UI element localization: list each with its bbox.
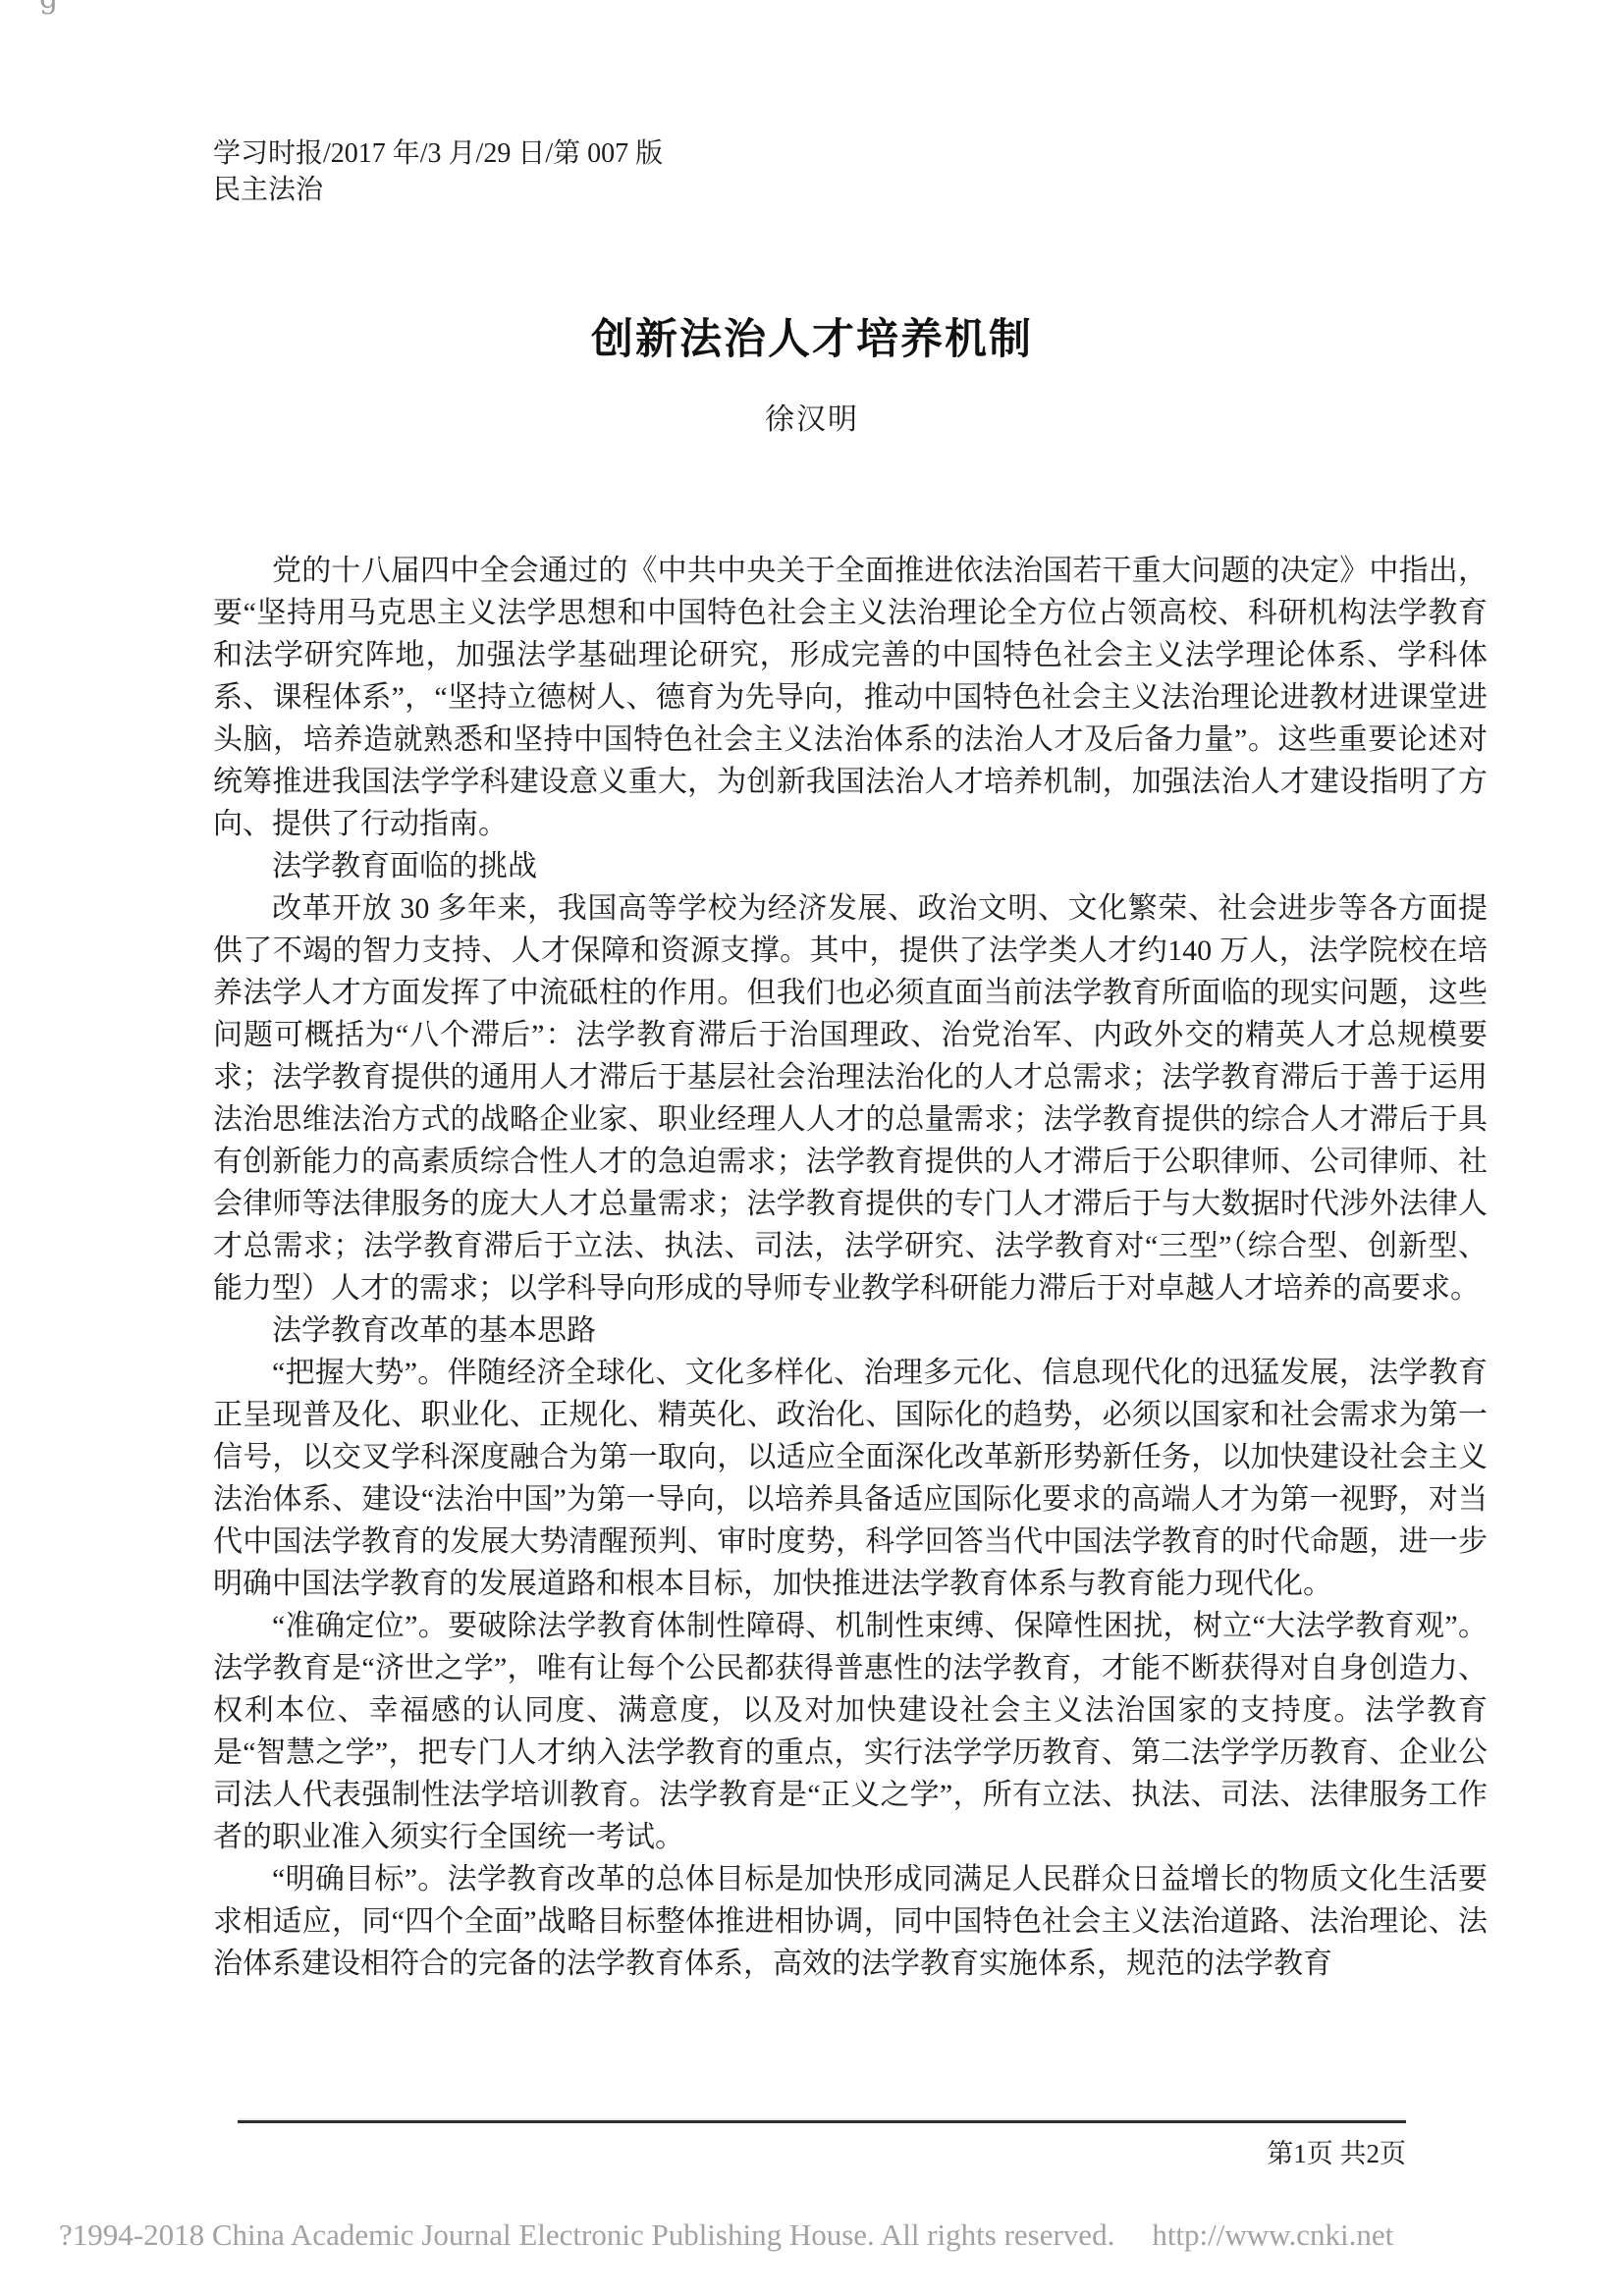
section-line: 民主法治 (213, 172, 663, 208)
page-indicator: 第1页 共2页 (238, 2132, 1406, 2170)
copyright-notice: ?1994-2018 China Academic Journal Electr… (59, 2217, 1393, 2253)
section-heading: 法学教育面临的挑战 (213, 845, 1488, 887)
cnki-url: http://www.cnki.net (1152, 2217, 1393, 2252)
section-heading: 法学教育改革的基本思路 (213, 1309, 1488, 1352)
footer-divider (238, 2120, 1406, 2123)
copyright-text: ?1994-2018 China Academic Journal Electr… (59, 2217, 1114, 2252)
article-author: 徐汉明 (0, 395, 1624, 438)
scan-artifact: g (39, 0, 58, 16)
document-page: g 学习时报/2017 年/3 月/29 日/第 007 版 民主法治 创新法治… (0, 0, 1624, 2296)
paragraph: 改革开放 30 多年来，我国高等学校为经济发展、政治文明、文化繁荣、社会进步等各… (213, 887, 1488, 1309)
document-header: 学习时报/2017 年/3 月/29 日/第 007 版 民主法治 (213, 135, 663, 208)
paragraph: “明确目标”。法学教育改革的总体目标是加快形成同满足人民群众日益增长的物质文化生… (213, 1858, 1488, 1985)
paragraph: “把握大势”。伴随经济全球化、文化多样化、治理多元化、信息现代化的迅猛发展，法学… (213, 1352, 1488, 1605)
paragraph: 党的十八届四中全会通过的《中共中央关于全面推进依法治国若干重大问题的决定》中指出… (213, 550, 1488, 845)
source-line: 学习时报/2017 年/3 月/29 日/第 007 版 (213, 135, 663, 172)
article-title: 创新法治人才培养机制 (0, 306, 1624, 366)
article-body: 党的十八届四中全会通过的《中共中央关于全面推进依法治国若干重大问题的决定》中指出… (213, 550, 1488, 1985)
paragraph: “准确定位”。要破除法学教育体制性障碍、机制性束缚、保障性困扰，树立“大法学教育… (213, 1605, 1488, 1858)
